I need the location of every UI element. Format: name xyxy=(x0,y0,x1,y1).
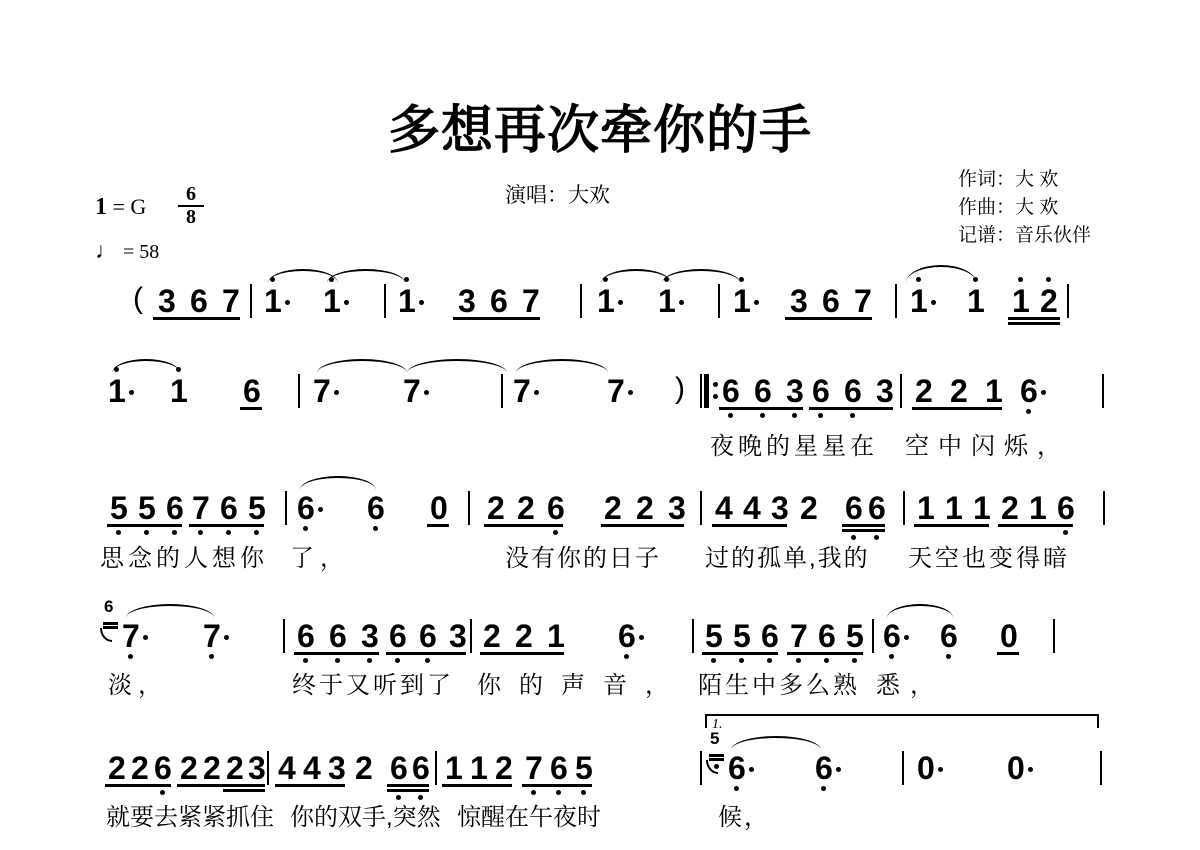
note: 6 xyxy=(883,620,901,652)
note: 2 xyxy=(108,752,126,784)
octave-dot-below xyxy=(373,526,378,531)
note: 6 xyxy=(220,492,238,524)
note: 6 xyxy=(812,375,830,407)
barline xyxy=(692,619,694,653)
octave-dot-below xyxy=(760,413,765,418)
octave-dot-below xyxy=(851,535,856,540)
duration-dot xyxy=(754,300,759,305)
octave-dot-below xyxy=(254,530,259,535)
note: 1 xyxy=(945,492,963,524)
octave-dot-below xyxy=(850,413,855,418)
lyric-segment: 候， xyxy=(718,804,770,832)
octave-dot-below xyxy=(160,790,165,795)
duration-dot xyxy=(679,300,684,305)
note: 0 xyxy=(1007,752,1025,784)
octave-dot-below xyxy=(172,530,177,535)
barline xyxy=(700,491,702,525)
note: 2 xyxy=(1040,285,1058,317)
duration-dot xyxy=(749,767,754,772)
grace-slur xyxy=(100,628,112,642)
barline xyxy=(580,284,582,318)
note: 2 xyxy=(604,492,622,524)
note: 1 xyxy=(1012,285,1030,317)
beam-underline xyxy=(842,529,885,532)
octave-dot-below xyxy=(734,786,739,791)
note: 2 xyxy=(483,620,501,652)
beam-underline xyxy=(387,789,429,792)
note: 7 xyxy=(513,375,531,407)
note: 3 xyxy=(458,285,476,317)
duration-dot xyxy=(1028,767,1033,772)
transcriber-credit: 记谱：音乐伙伴 xyxy=(958,222,1091,250)
note: 2 xyxy=(915,375,933,407)
repeat-start-sign xyxy=(700,374,702,408)
lyric-segment: 惊醒在午夜时 xyxy=(457,804,601,832)
note: 4 xyxy=(303,752,321,784)
note: 6 xyxy=(243,375,261,407)
barline xyxy=(267,751,269,785)
octave-dot-below xyxy=(553,530,558,535)
octave-dot-below xyxy=(852,658,857,663)
note: 2 xyxy=(355,752,373,784)
duration-dot xyxy=(285,300,290,305)
note: 7 xyxy=(222,285,240,317)
octave-dot-below xyxy=(711,658,716,663)
note: 1 xyxy=(910,285,928,317)
note: 5 xyxy=(248,492,266,524)
duration-dot xyxy=(419,300,424,305)
tie-arc xyxy=(601,269,671,283)
note: 4 xyxy=(278,752,296,784)
octave-dot-below xyxy=(792,413,797,418)
barline xyxy=(1100,751,1102,785)
barline xyxy=(1053,619,1055,653)
note: 1 xyxy=(985,375,1003,407)
barline xyxy=(895,284,897,318)
note: 1 xyxy=(547,620,565,652)
octave-dot-below xyxy=(739,658,744,663)
note: 3 xyxy=(876,375,894,407)
note: 7 xyxy=(790,620,808,652)
parenthesis: ( xyxy=(133,282,143,316)
octave-dot-below xyxy=(824,658,829,663)
note: 6 xyxy=(868,492,886,524)
octave-dot-below xyxy=(889,654,894,659)
octave-dot-below xyxy=(367,658,372,663)
note: 6 xyxy=(818,620,836,652)
barline xyxy=(902,751,904,785)
note: 2 xyxy=(636,492,654,524)
note: 6 xyxy=(845,492,863,524)
note: 6 xyxy=(154,752,172,784)
note: 3 xyxy=(771,492,789,524)
note: 5 xyxy=(705,620,723,652)
composer-credit: 作曲：大 欢 xyxy=(958,194,1091,222)
note: 5 xyxy=(110,492,128,524)
note: 2 xyxy=(515,620,533,652)
note: 2 xyxy=(495,752,513,784)
barline xyxy=(298,374,300,408)
lyric-segment: 思念的人想你 xyxy=(100,545,268,573)
note: 6 xyxy=(722,375,740,407)
note: 6 xyxy=(419,620,437,652)
note: 3 xyxy=(786,375,804,407)
note: 7 xyxy=(122,620,140,652)
note: 6 xyxy=(761,620,779,652)
note: 6 xyxy=(190,285,208,317)
octave-dot-below xyxy=(531,790,536,795)
note: 0 xyxy=(1000,620,1018,652)
duration-dot xyxy=(931,300,936,305)
duration-dot xyxy=(639,635,644,640)
note: 1 xyxy=(470,752,488,784)
note: 6 xyxy=(618,620,636,652)
parenthesis: ) xyxy=(675,372,685,406)
duration-dot xyxy=(534,390,539,395)
note: 6 xyxy=(412,752,430,784)
note: 3 xyxy=(158,285,176,317)
beam-underline xyxy=(1008,322,1060,325)
note: 5 xyxy=(575,752,593,784)
tie-arc xyxy=(407,359,507,373)
note: 7 xyxy=(522,285,540,317)
barline xyxy=(1067,284,1069,318)
octave-dot-below xyxy=(335,658,340,663)
duration-dot xyxy=(836,767,841,772)
note: 3 xyxy=(328,752,346,784)
tie-arc xyxy=(662,269,740,283)
octave-dot-below xyxy=(425,658,430,663)
lyric-segment: 淡， xyxy=(108,672,168,700)
note: 4 xyxy=(743,492,761,524)
duration-dot xyxy=(628,390,633,395)
barline xyxy=(1102,374,1104,408)
note: 1 xyxy=(445,752,463,784)
lyric-segment: 空中闪烁， xyxy=(905,433,1070,461)
octave-dot-below xyxy=(821,786,826,791)
barline xyxy=(384,284,386,318)
barline xyxy=(872,619,874,653)
note: 6 xyxy=(844,375,862,407)
note: 0 xyxy=(917,752,935,784)
time-signature-denominator: 8 xyxy=(178,207,204,228)
barline xyxy=(468,491,470,525)
barline xyxy=(700,751,702,785)
octave-dot-below xyxy=(395,658,400,663)
note: 3 xyxy=(361,620,379,652)
barline xyxy=(250,284,252,318)
time-signature: 6 8 xyxy=(178,184,204,228)
barline xyxy=(435,751,437,785)
volta-bracket xyxy=(705,714,1099,728)
octave-dot-below xyxy=(303,526,308,531)
note: 6 xyxy=(389,620,407,652)
grace-note: 6 xyxy=(104,598,113,616)
octave-dot-below xyxy=(767,658,772,663)
key-tonic: 1 xyxy=(95,194,107,220)
note: 5 xyxy=(733,620,751,652)
note: 6 xyxy=(1057,492,1075,524)
octave-dot-below xyxy=(1026,409,1031,414)
duration-dot xyxy=(938,767,943,772)
note: 7 xyxy=(313,375,331,407)
repeat-dot xyxy=(713,394,718,399)
note: 1 xyxy=(597,285,615,317)
note: 3 xyxy=(668,492,686,524)
octave-dot-below xyxy=(624,654,629,659)
barline xyxy=(470,619,472,653)
note: 6 xyxy=(367,492,385,524)
duration-dot xyxy=(334,390,339,395)
duration-dot xyxy=(318,507,323,512)
octave-dot-below xyxy=(128,654,133,659)
note: 3 xyxy=(449,620,467,652)
note: 6 xyxy=(1020,375,1038,407)
duration-dot xyxy=(224,635,229,640)
note: 5 xyxy=(846,620,864,652)
note: 2 xyxy=(800,492,818,524)
octave-dot-below xyxy=(1063,530,1068,535)
note: 2 xyxy=(487,492,505,524)
beam-underline xyxy=(223,789,265,792)
note: 1 xyxy=(264,285,282,317)
lyric-segment: 夜晚的星星在 xyxy=(710,433,878,461)
note: 6 xyxy=(390,752,408,784)
credits-block: 作词：大 欢 作曲：大 欢 记谱：音乐伙伴 xyxy=(958,166,1091,250)
note: 2 xyxy=(203,752,221,784)
octave-dot-above xyxy=(1018,277,1023,282)
lyric-segment: 没有你的日子 xyxy=(505,545,661,573)
note: 6 xyxy=(297,620,315,652)
duration-dot xyxy=(344,300,349,305)
song-title: 多想再次牵你的手 xyxy=(0,88,1200,163)
note: 1 xyxy=(973,492,991,524)
note: 6 xyxy=(547,492,565,524)
octave-dot-below xyxy=(226,530,231,535)
lyric-segment: 了， xyxy=(290,545,350,573)
key-signature: 1 = G xyxy=(95,194,146,221)
duration-dot xyxy=(129,390,134,395)
note: 7 xyxy=(203,620,221,652)
duration-dot xyxy=(143,635,148,640)
octave-dot-above xyxy=(1046,277,1051,282)
duration-dot xyxy=(904,635,909,640)
note: 2 xyxy=(1001,492,1019,524)
note: 7 xyxy=(403,375,421,407)
note: 1 xyxy=(108,375,126,407)
tie-arc xyxy=(300,476,376,490)
note: 2 xyxy=(950,375,968,407)
lyric-segment: 你的声音， xyxy=(477,672,687,700)
tempo-value: = 58 xyxy=(123,241,159,263)
tie-arc xyxy=(516,359,608,373)
note: 6 xyxy=(550,752,568,784)
octave-dot-below xyxy=(303,658,308,663)
duration-dot xyxy=(424,390,429,395)
note: 2 xyxy=(131,752,149,784)
note: 6 xyxy=(728,752,746,784)
note: 6 xyxy=(329,620,347,652)
key-mode: = G xyxy=(113,194,147,219)
octave-dot-below xyxy=(874,535,879,540)
note: 2 xyxy=(180,752,198,784)
note: 1 xyxy=(398,285,416,317)
note: 6 xyxy=(822,285,840,317)
octave-dot-below xyxy=(714,764,719,769)
octave-dot-below xyxy=(209,654,214,659)
octave-dot-below xyxy=(418,795,423,800)
note: 6 xyxy=(940,620,958,652)
time-signature-numerator: 6 xyxy=(178,184,204,207)
note: 6 xyxy=(815,752,833,784)
tie-arc xyxy=(906,265,976,283)
repeat-start-sign xyxy=(704,374,709,408)
note: 2 xyxy=(226,752,244,784)
lyric-segment: 天空也变得暗 xyxy=(908,545,1070,573)
note: 3 xyxy=(790,285,808,317)
note: 6 xyxy=(490,285,508,317)
barline xyxy=(718,284,720,318)
note: 2 xyxy=(517,492,535,524)
octave-dot-below xyxy=(796,658,801,663)
note: 7 xyxy=(854,285,872,317)
lyric-segment: 就要去紧紧抓住 xyxy=(106,804,274,832)
lyricist-credit: 作词：大 欢 xyxy=(958,166,1091,194)
barline xyxy=(501,374,503,408)
note: 0 xyxy=(430,492,448,524)
tempo-marking: ♩ = 58 xyxy=(95,238,159,264)
barline xyxy=(900,374,902,408)
quarter-note-icon: ♩ xyxy=(95,238,118,263)
note: 1 xyxy=(917,492,935,524)
note: 1 xyxy=(1029,492,1047,524)
tie-arc xyxy=(112,359,180,373)
barline xyxy=(1103,491,1105,525)
repeat-dot xyxy=(713,382,718,387)
octave-dot-below xyxy=(116,530,121,535)
duration-dot xyxy=(1041,390,1046,395)
note: 1 xyxy=(323,285,341,317)
note: 1 xyxy=(170,375,188,407)
note: 7 xyxy=(607,375,625,407)
note: 6 xyxy=(754,375,772,407)
note: 6 xyxy=(166,492,184,524)
octave-dot-below xyxy=(144,530,149,535)
octave-dot-below xyxy=(818,413,823,418)
grace-underline xyxy=(103,622,118,625)
octave-dot-below xyxy=(728,413,733,418)
octave-dot-below xyxy=(556,790,561,795)
tie-arc xyxy=(731,736,821,750)
singer-label: 演唱：大欢 xyxy=(505,179,610,209)
lyric-segment: 过的孤单,我的 xyxy=(705,545,870,573)
tie-arc xyxy=(327,269,405,283)
note: 1 xyxy=(658,285,676,317)
duration-dot xyxy=(618,300,623,305)
lyric-segment: 悉， xyxy=(876,672,944,700)
lyric-segment: 你的双手,突然 xyxy=(290,804,441,832)
note: 1 xyxy=(733,285,751,317)
tie-arc xyxy=(317,359,407,373)
tie-arc xyxy=(887,604,953,618)
sheet-music-page: 多想再次牵你的手 演唱：大欢 作词：大 欢 作曲：大 欢 记谱：音乐伙伴 1 =… xyxy=(0,0,1200,850)
note: 3 xyxy=(248,752,266,784)
octave-dot-below xyxy=(198,530,203,535)
note: 6 xyxy=(297,492,315,524)
octave-dot-below xyxy=(946,654,951,659)
note: 7 xyxy=(525,752,543,784)
octave-dot-below xyxy=(396,795,401,800)
grace-underline xyxy=(709,754,724,757)
octave-dot-below xyxy=(581,790,586,795)
barline xyxy=(283,619,285,653)
barline xyxy=(285,491,287,525)
note: 4 xyxy=(715,492,733,524)
note: 5 xyxy=(138,492,156,524)
tie-arc xyxy=(126,604,214,618)
barline xyxy=(903,491,905,525)
volta-label: 1. xyxy=(712,717,723,733)
lyric-segment: 终于又听到了 xyxy=(292,672,454,700)
lyric-segment: 陌生中多么熟 xyxy=(698,672,860,700)
note: 1 xyxy=(967,285,985,317)
note: 7 xyxy=(192,492,210,524)
